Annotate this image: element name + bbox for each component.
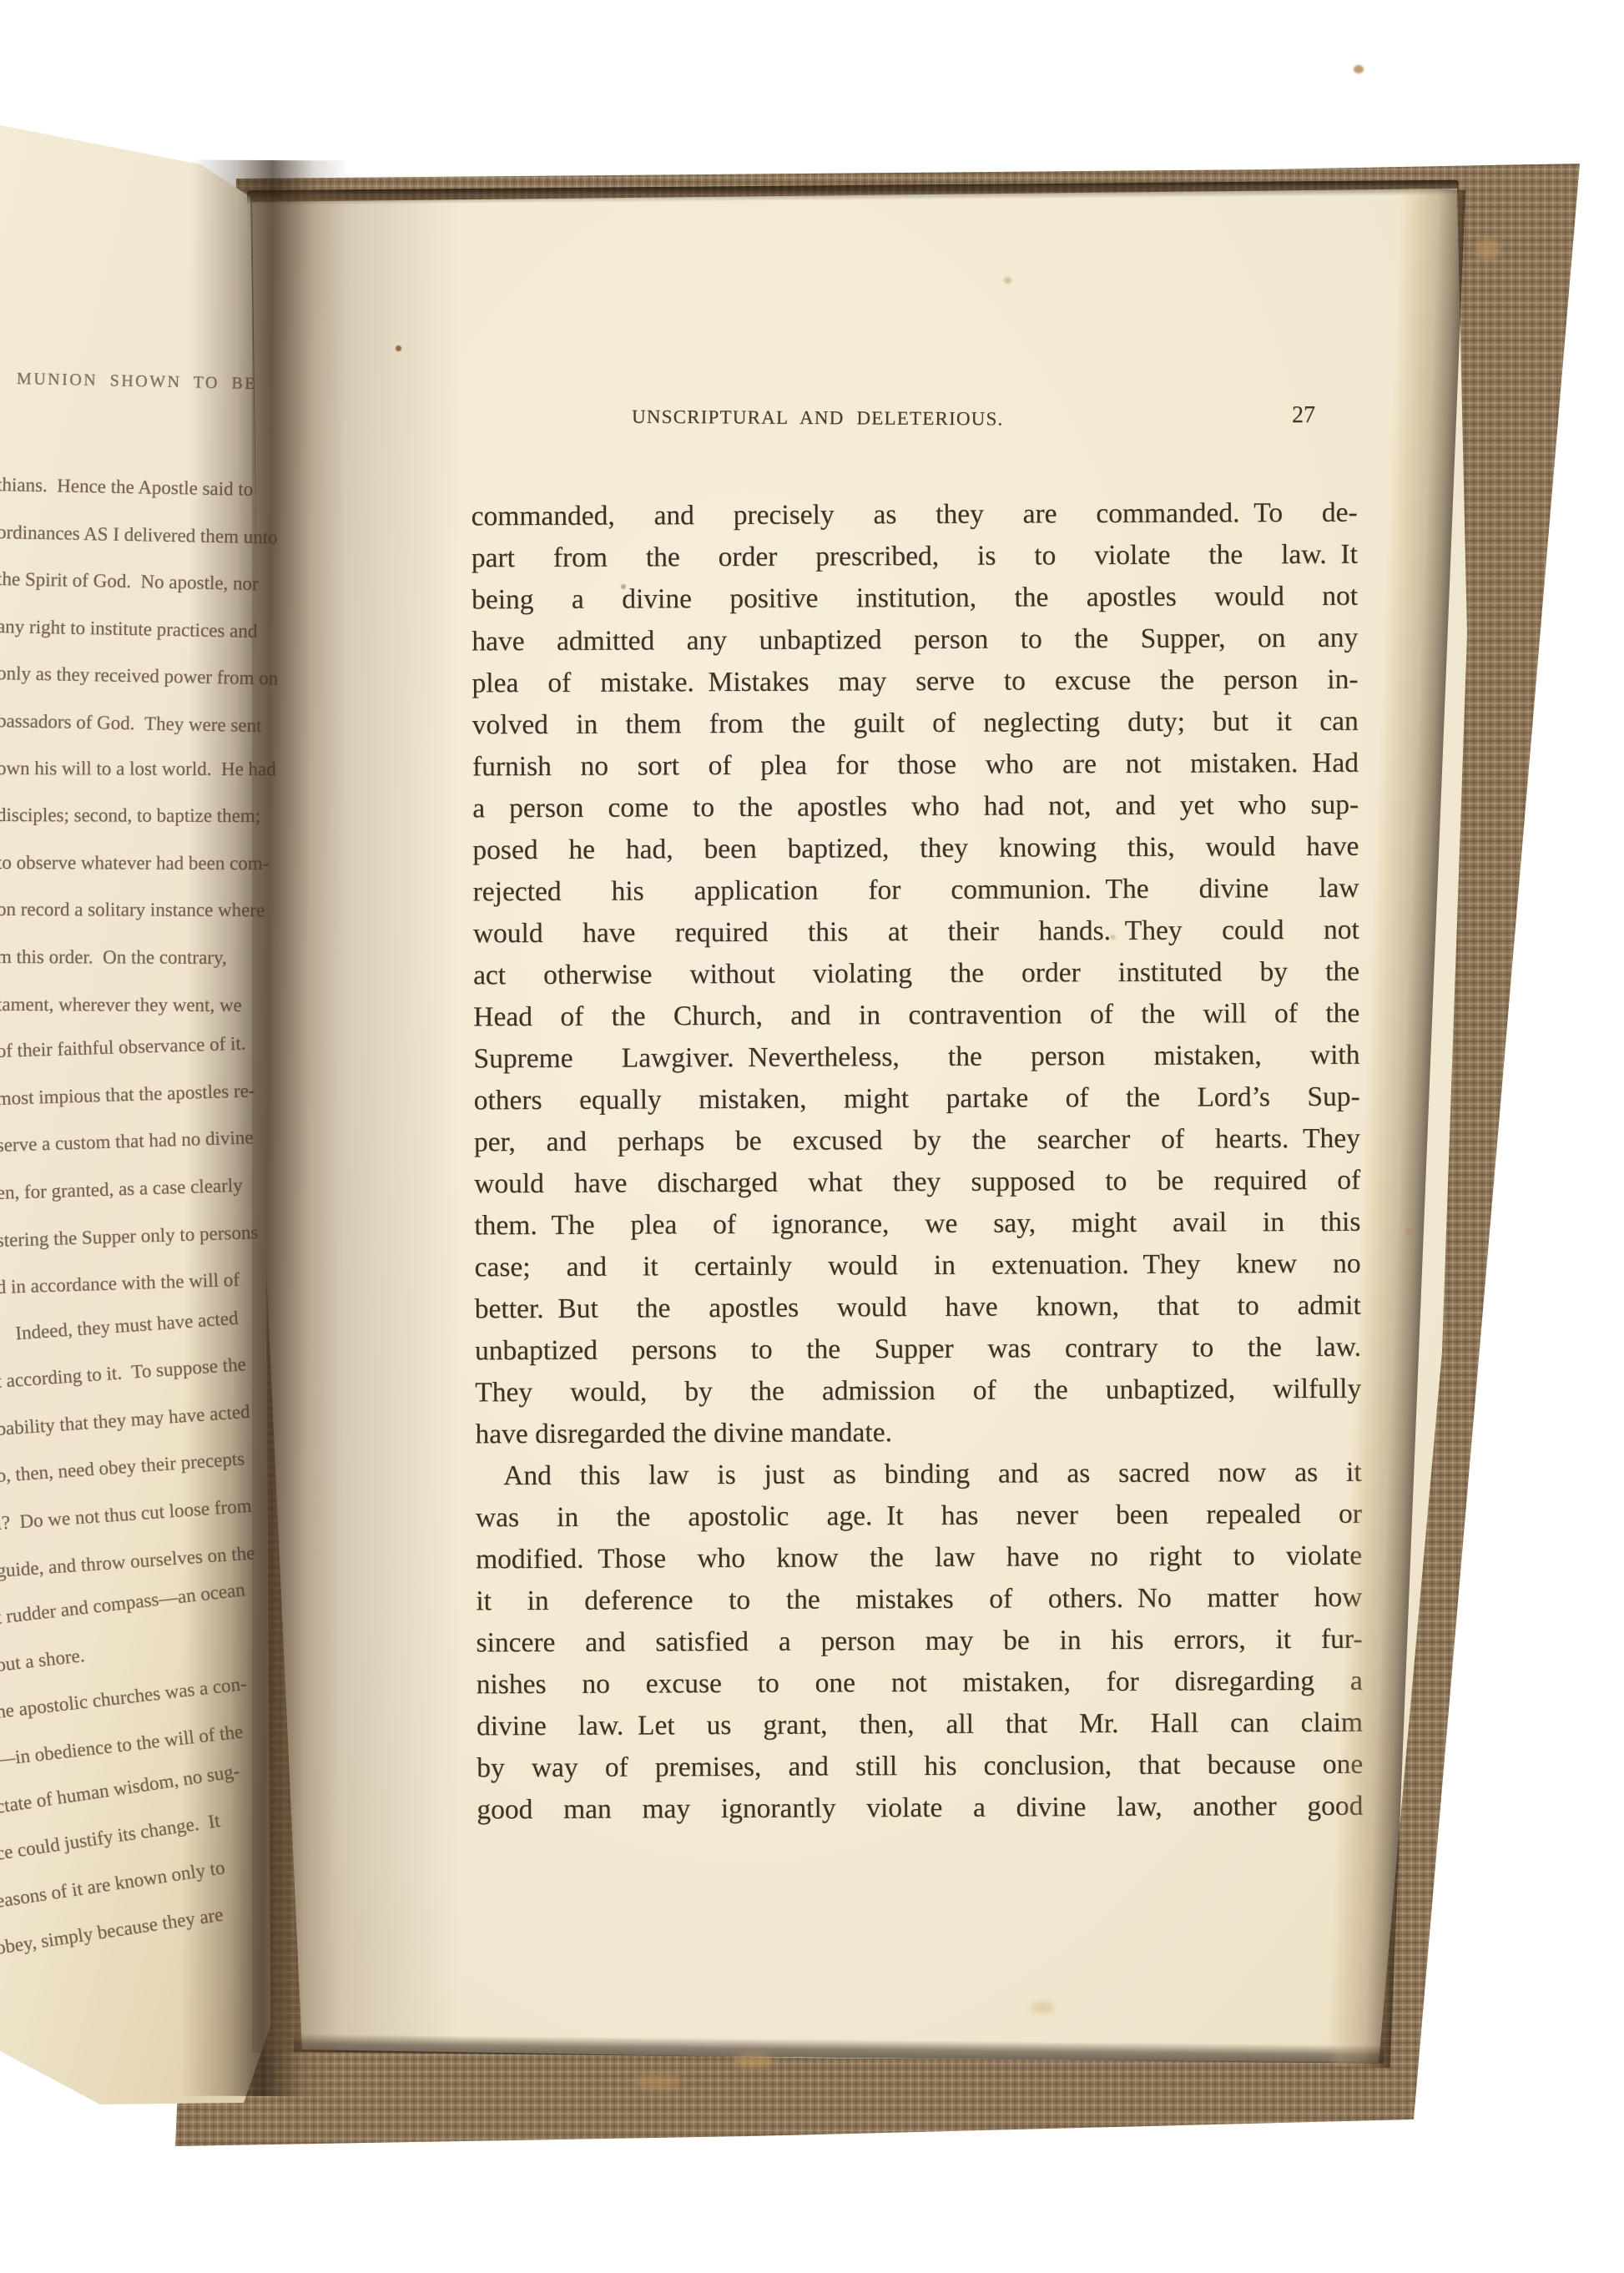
right-page-line: good man may ignorantly violate a divine… bbox=[477, 1786, 1363, 1832]
right-page-line: case; and it certainly would in extenuat… bbox=[474, 1243, 1360, 1289]
right-running-head: UNSCRIPTURAL AND DELETERIOUS. bbox=[632, 406, 1004, 431]
right-page-line: would have required this at their hands.… bbox=[473, 910, 1359, 955]
book-photo: MUNION SHOWN TO BE thians. Hence the Apo… bbox=[0, 0, 1624, 2273]
right-page-line: part from the order prescribed, is to vi… bbox=[472, 534, 1358, 580]
right-page-line: being a divine positive institution, the… bbox=[472, 576, 1358, 622]
right-page-line: Supreme Lawgiver. Nevertheless, the pers… bbox=[473, 1035, 1359, 1081]
right-page-line: have admitted any unbaptized person to t… bbox=[472, 617, 1358, 663]
page-number: 27 bbox=[1292, 402, 1315, 429]
right-page-line: commanded, and precisely as they are com… bbox=[472, 492, 1358, 538]
right-page-line: have disregarded the divine mandate. bbox=[475, 1410, 1361, 1456]
right-page-line: Head of the Church, and in contravention… bbox=[473, 993, 1359, 1039]
inner-margin-shadow bbox=[252, 196, 461, 2053]
right-page-line: They would, by the admission of the unba… bbox=[475, 1368, 1361, 1414]
right-page-line: them. The plea of ignorance, we say, mig… bbox=[474, 1202, 1360, 1247]
right-page-line: volved in them from the guilt of neglect… bbox=[472, 701, 1359, 747]
right-page-line: others equally mistaken, might partake o… bbox=[474, 1076, 1360, 1122]
right-page-line: And this law is just as binding and as s… bbox=[476, 1452, 1362, 1498]
right-page-line: divine law. Let us grant, then, all that… bbox=[477, 1702, 1363, 1748]
right-page-line: act otherwise without violating the orde… bbox=[473, 951, 1359, 997]
right-page-line: modified. Those who know the law have no… bbox=[476, 1535, 1362, 1581]
right-page-line: furnish no sort of plea for those who ar… bbox=[472, 743, 1359, 789]
right-page-line: it in deference to the mistakes of other… bbox=[476, 1577, 1362, 1623]
right-page-line: plea of mistake. Mistakes may serve to e… bbox=[472, 659, 1358, 705]
right-page-line: was in the apostolic age. It has never b… bbox=[476, 1494, 1362, 1540]
right-page-line: posed he had, been baptized, they knowin… bbox=[472, 826, 1359, 872]
right-page-line: by way of premises, and still his conclu… bbox=[477, 1744, 1363, 1790]
right-page-line: unbaptized persons to the Supper was con… bbox=[475, 1327, 1361, 1373]
right-page-line: a person come to the apostles who had no… bbox=[472, 784, 1359, 830]
right-page-line: rejected his application for communion. … bbox=[472, 868, 1359, 914]
right-page-line: better. But the apostles would have know… bbox=[475, 1285, 1361, 1331]
right-page-line: per, and perhaps be excused by the searc… bbox=[474, 1118, 1360, 1164]
right-page-line: nishes no excuse to one not mistaken, fo… bbox=[477, 1661, 1363, 1706]
foxing-spot bbox=[1354, 65, 1364, 73]
right-page-line: would have discharged what they supposed… bbox=[474, 1160, 1360, 1206]
right-page-text: commanded, and precisely as they are com… bbox=[472, 492, 1364, 1832]
right-page-line: sincere and satisfied a person may be in… bbox=[476, 1619, 1362, 1665]
